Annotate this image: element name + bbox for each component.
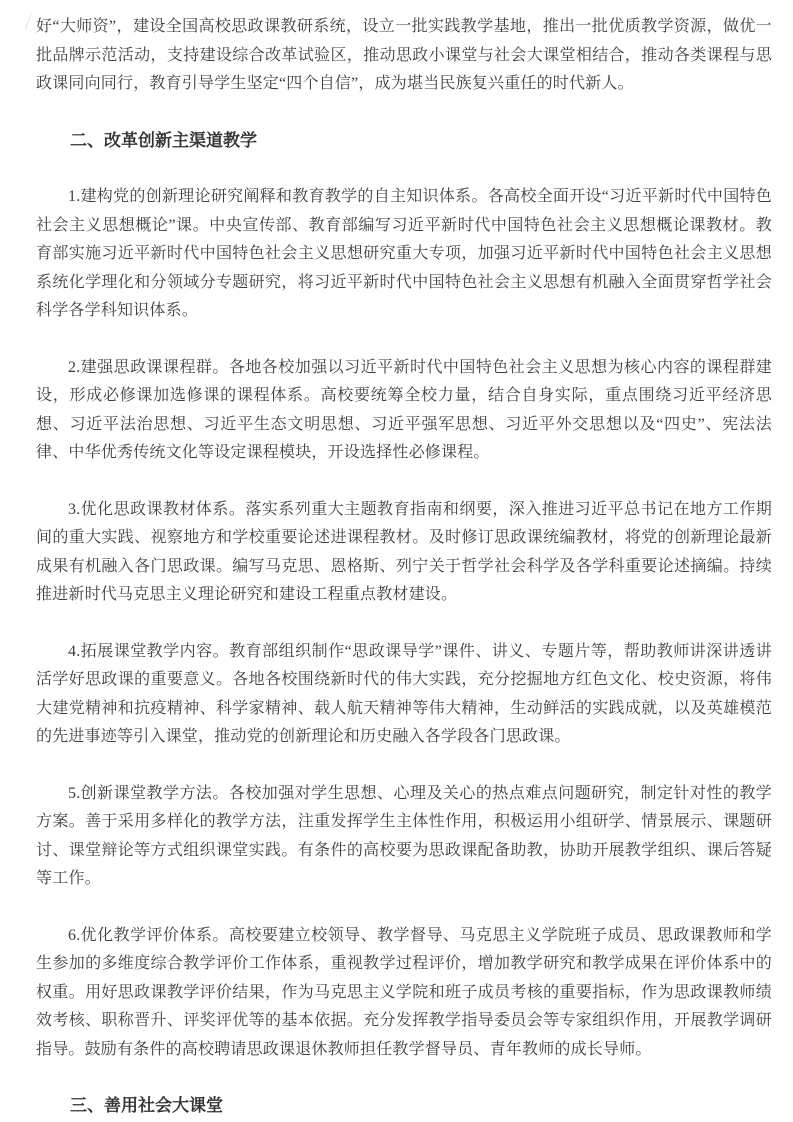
section-heading-3: 三、善用社会大课堂 (36, 1092, 772, 1121)
section-heading-2: 二、改革创新主渠道教学 (36, 127, 772, 156)
scan-corner-artifact (15, 13, 32, 29)
paragraph-item-2: 2.建强思政课课程群。各地各校加强以习近平新时代中国特色社会主义思想为核心内容的… (36, 354, 772, 468)
paragraph-item-1: 1.建构党的创新理论研究阐释和教育教学的自主知识体系。各高校全面开设“习近平新时… (36, 183, 772, 326)
paragraph-item-6: 6.优化教学评价体系。高校要建立校领导、教学督导、马克思主义学院班子成员、思政课… (36, 922, 772, 1065)
paragraph-continuation: 好“大师资”，建设全国高校思政课教研系统，设立一批实践教学基地，推出一批优质教学… (36, 13, 772, 99)
paragraph-item-3: 3.优化思政课教材体系。落实系列重大主题教育指南和纲要，深入推进习近平总书记在地… (36, 496, 772, 610)
paragraph-item-5: 5.创新课堂教学方法。各校加强对学生思想、心理及关心的热点难点问题研究，制定针对… (36, 780, 772, 894)
document-page: 好“大师资”，建设全国高校思政课教研系统，设立一批实践教学基地，推出一批优质教学… (0, 0, 793, 1122)
paragraph-item-4: 4.拓展课堂教学内容。教育部组织制作“思政课导学”课件、讲义、专题片等，帮助教师… (36, 638, 772, 752)
